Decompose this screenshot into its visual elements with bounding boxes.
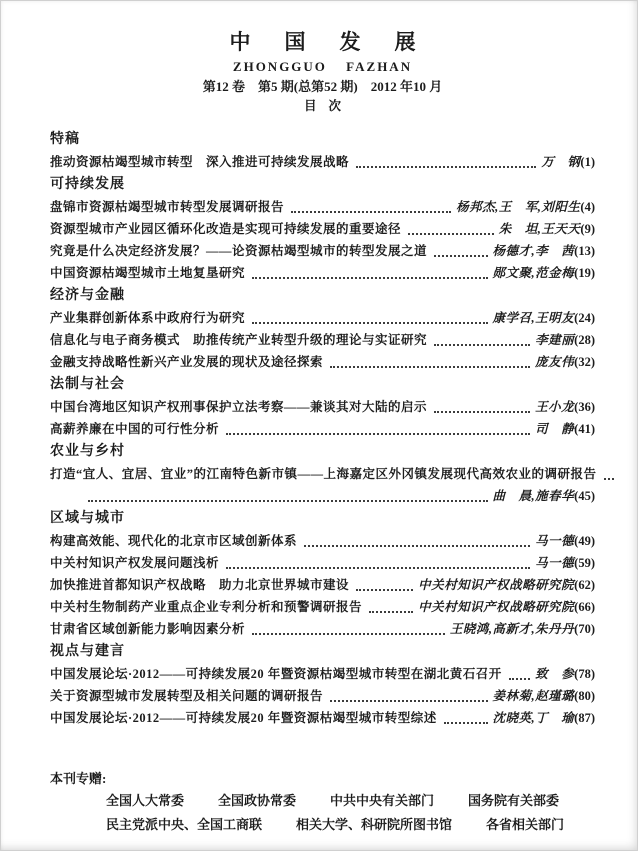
journal-pinyin: ZHONGGUO FAZHAN xyxy=(50,57,595,77)
issue-line: 第12 卷 第5 期(总第52 期) 2012 年10 月 xyxy=(50,77,595,97)
article-title: 打造“宜人、宜居、宜业”的江南特色新市镇——上海嘉定区外冈镇发展现代高效农业的调… xyxy=(50,463,597,485)
article-authors: 沈晓英,丁 瑜 xyxy=(493,707,575,729)
article-title: 产业集群创新体系中政府行为研究 xyxy=(50,307,245,329)
article-title: 甘肃省区域创新能力影响因素分析 xyxy=(50,618,245,640)
section-heading-region: 区域与城市 xyxy=(50,507,595,530)
article-authors: 李建丽 xyxy=(535,329,574,351)
dot-leader xyxy=(330,366,530,368)
section-heading-viewpoint: 视点与建言 xyxy=(50,640,595,663)
page-number: (45) xyxy=(574,485,595,507)
page-number: (80) xyxy=(574,685,595,707)
article-title: 中国发展论坛·2012——可持续发展20 年暨资源枯竭型城市转型综述 xyxy=(50,707,437,729)
gift-recipient: 全国人大常委 xyxy=(106,789,184,813)
toc-entry: 究竟是什么决定经济发展？——论资源枯竭型城市的转型发展之道 杨德才,李 茜(13… xyxy=(50,240,595,262)
dot-leader xyxy=(356,166,536,168)
contents-label: 目次 xyxy=(50,97,595,115)
article-authors: 康学召,王明友 xyxy=(493,307,575,329)
article-authors: 庞友伟 xyxy=(535,351,574,373)
page-number: (49) xyxy=(574,530,595,552)
section-heading-law: 法制与社会 xyxy=(50,373,595,396)
toc-entry: 盘锦市资源枯竭型城市转型发展调研报告 杨邦杰,王 军,刘阳生(4) xyxy=(50,196,595,218)
page-number: (28) xyxy=(574,329,595,351)
page-number: (78) xyxy=(574,663,595,685)
toc-entry-continuation: 曲 晨,施春华(45) xyxy=(50,485,595,507)
page-number: (66) xyxy=(574,596,595,618)
article-authors: 王晓鸿,高新才,朱丹丹 xyxy=(450,618,574,640)
dot-leader xyxy=(369,611,413,613)
gift-recipient: 全国政协常委 xyxy=(218,789,296,813)
page-number: (13) xyxy=(574,240,595,262)
dot-leader xyxy=(252,633,445,635)
article-title: 中国资源枯竭型城市土地复垦研究 xyxy=(50,262,245,284)
dot-leader xyxy=(252,322,488,324)
toc-entry: 打造“宜人、宜居、宜业”的江南特色新市镇——上海嘉定区外冈镇发展现代高效农业的调… xyxy=(50,463,595,485)
article-title: 推动资源枯竭型城市转型 深入推进可持续发展战略 xyxy=(50,151,349,173)
dot-leader xyxy=(304,545,530,547)
article-authors: 郧文聚,范金梅 xyxy=(493,262,575,284)
dot-leader xyxy=(444,722,488,724)
toc-entry: 中关村知识产权发展问题浅析 马一德(59) xyxy=(50,552,595,574)
article-authors: 中关村知识产权战略研究院 xyxy=(418,574,574,596)
toc-entry: 中关村生物制药产业重点企业专利分析和预警调研报告 中关村知识产权战略研究院(66… xyxy=(50,596,595,618)
dot-leader xyxy=(88,500,488,502)
article-title: 盘锦市资源枯竭型城市转型发展调研报告 xyxy=(50,196,284,218)
dot-leader xyxy=(356,589,413,591)
toc-entry: 资源型城市产业园区循环化改造是实现可持续发展的重要途径 朱 坦,王天天(9) xyxy=(50,218,595,240)
gift-recipient: 民主党派中央、全国工商联 xyxy=(106,813,262,837)
article-authors: 朱 坦,王天天 xyxy=(499,218,581,240)
gift-recipients-line-2: 民主党派中央、全国工商联 相关大学、科研院所图书馆 各省相关部门 xyxy=(106,813,595,837)
gift-label: 本刊专赠: xyxy=(50,769,595,789)
article-authors: 杨德才,李 茜 xyxy=(493,240,575,262)
article-title: 中国台湾地区知识产权刑事保护立法考察——兼谈其对大陆的启示 xyxy=(50,396,427,418)
dot-leader xyxy=(434,411,530,413)
page-number: (87) xyxy=(574,707,595,729)
page-number: (41) xyxy=(574,418,595,440)
toc-entry: 中国发展论坛·2012——可持续发展20 年暨资源枯竭型城市转型综述 沈晓英,丁… xyxy=(50,707,595,729)
journal-title: 中国发展 xyxy=(50,29,595,55)
dot-leader xyxy=(509,678,530,680)
gift-recipient: 各省相关部门 xyxy=(486,813,564,837)
article-authors: 中关村知识产权战略研究院 xyxy=(418,596,574,618)
page-number: (19) xyxy=(574,262,595,284)
toc-entry: 加快推进首都知识产权战略 助力北京世界城市建设 中关村知识产权战略研究院(62) xyxy=(50,574,595,596)
dot-leader xyxy=(226,433,530,435)
dot-leader xyxy=(291,211,451,213)
toc-entry: 金融支持战略性新兴产业发展的现状及途径探索 庞友伟(32) xyxy=(50,351,595,373)
toc-entry: 中国台湾地区知识产权刑事保护立法考察——兼谈其对大陆的启示 王小龙(36) xyxy=(50,396,595,418)
dot-leader xyxy=(330,700,488,702)
dot-leader xyxy=(226,567,530,569)
article-authors: 致 参 xyxy=(535,663,574,685)
page-number: (70) xyxy=(574,618,595,640)
article-authors: 姜林菊,赵瑾璐 xyxy=(493,685,575,707)
article-authors: 曲 晨,施春华 xyxy=(493,485,575,507)
article-title: 资源型城市产业园区循环化改造是实现可持续发展的重要途径 xyxy=(50,218,401,240)
article-authors: 万 钢 xyxy=(541,151,580,173)
page-number: (24) xyxy=(574,307,595,329)
page-number: (1) xyxy=(580,151,595,173)
article-title: 金融支持战略性新兴产业发展的现状及途径探索 xyxy=(50,351,323,373)
article-title: 中关村知识产权发展问题浅析 xyxy=(50,552,219,574)
toc-entry: 中国资源枯竭型城市土地复垦研究 郧文聚,范金梅(19) xyxy=(50,262,595,284)
gift-recipient: 相关大学、科研院所图书馆 xyxy=(296,813,452,837)
article-authors: 王小龙 xyxy=(535,396,574,418)
dot-leader xyxy=(434,255,488,257)
dot-leader xyxy=(604,478,614,480)
toc-entry: 中国发展论坛·2012——可持续发展20 年暨资源枯竭型城市转型在湖北黄石召开 … xyxy=(50,663,595,685)
article-title: 究竟是什么决定经济发展？——论资源枯竭型城市的转型发展之道 xyxy=(50,240,427,262)
toc-entry: 高薪养廉在中国的可行性分析 司 静(41) xyxy=(50,418,595,440)
article-authors: 杨邦杰,王 军,刘阳生 xyxy=(456,196,580,218)
section-heading-sustainable: 可持续发展 xyxy=(50,173,595,196)
article-authors: 马一德 xyxy=(535,552,574,574)
page-number: (4) xyxy=(580,196,595,218)
dot-leader xyxy=(434,344,530,346)
toc-entry: 甘肃省区域创新能力影响因素分析 王晓鸿,高新才,朱丹丹(70) xyxy=(50,618,595,640)
journal-toc-page: 中国发展 ZHONGGUO FAZHAN 第12 卷 第5 期(总第52 期) … xyxy=(0,0,638,851)
toc-entry: 关于资源型城市发展转型及相关问题的调研报告 姜林菊,赵瑾璐(80) xyxy=(50,685,595,707)
toc-entry: 信息化与电子商务模式 助推传统产业转型升级的理论与实证研究 李建丽(28) xyxy=(50,329,595,351)
article-authors: 司 静 xyxy=(535,418,574,440)
article-title: 构建高效能、现代化的北京市区域创新体系 xyxy=(50,530,297,552)
gift-recipient: 中共中央有关部门 xyxy=(330,789,434,813)
article-title: 信息化与电子商务模式 助推传统产业转型升级的理论与实证研究 xyxy=(50,329,427,351)
article-title: 中国发展论坛·2012——可持续发展20 年暨资源枯竭型城市转型在湖北黄石召开 xyxy=(50,663,502,685)
toc-entry: 产业集群创新体系中政府行为研究 康学召,王明友(24) xyxy=(50,307,595,329)
gift-recipient: 国务院有关部委 xyxy=(468,789,559,813)
section-heading-economy: 经济与金融 xyxy=(50,284,595,307)
gift-block: 本刊专赠: 全国人大常委 全国政协常委 中共中央有关部门 国务院有关部委 民主党… xyxy=(50,769,595,837)
article-title: 高薪养廉在中国的可行性分析 xyxy=(50,418,219,440)
article-authors: 马一德 xyxy=(535,530,574,552)
page-number: (32) xyxy=(574,351,595,373)
dot-leader xyxy=(252,277,488,279)
page-number: (59) xyxy=(574,552,595,574)
toc-entry: 推动资源枯竭型城市转型 深入推进可持续发展战略 万 钢(1) xyxy=(50,151,595,173)
article-title: 加快推进首都知识产权战略 助力北京世界城市建设 xyxy=(50,574,349,596)
article-title: 中关村生物制药产业重点企业专利分析和预警调研报告 xyxy=(50,596,362,618)
section-heading-tegao: 特稿 xyxy=(50,128,595,151)
page-number: (9) xyxy=(580,218,595,240)
gift-recipients-line-1: 全国人大常委 全国政协常委 中共中央有关部门 国务院有关部委 xyxy=(106,789,595,813)
page-number: (36) xyxy=(574,396,595,418)
dot-leader xyxy=(408,233,494,235)
article-title: 关于资源型城市发展转型及相关问题的调研报告 xyxy=(50,685,323,707)
toc-entry: 构建高效能、现代化的北京市区域创新体系 马一德(49) xyxy=(50,530,595,552)
page-number: (62) xyxy=(574,574,595,596)
section-heading-agriculture: 农业与乡村 xyxy=(50,440,595,463)
